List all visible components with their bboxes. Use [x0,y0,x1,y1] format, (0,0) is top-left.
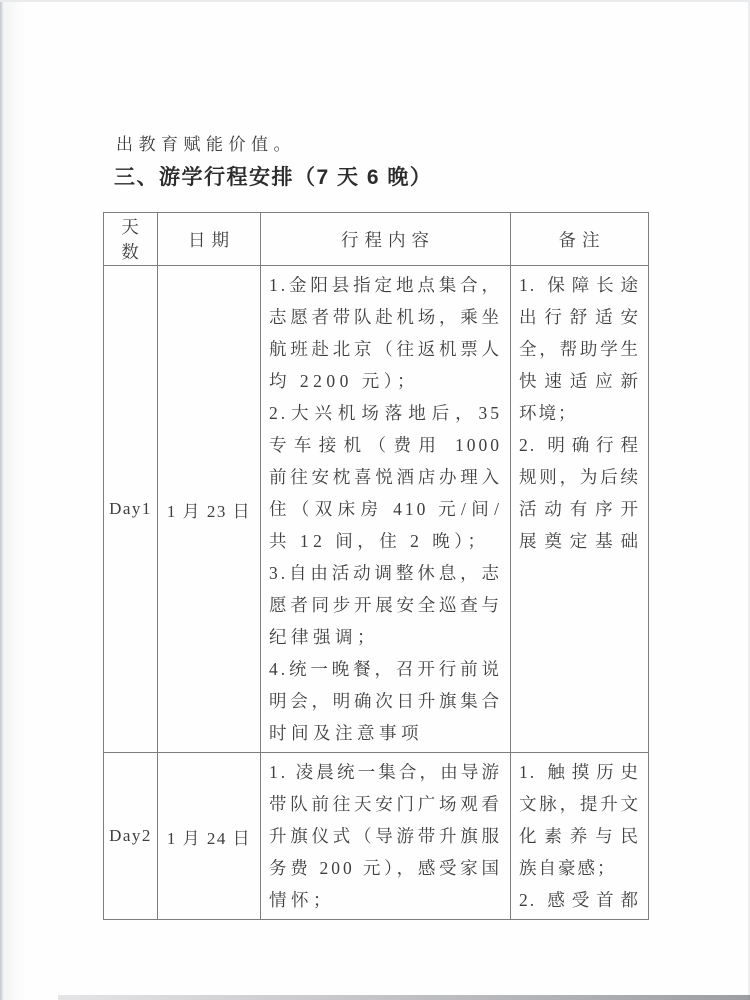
text-line: 2. 感受首都 [519,884,640,916]
text-line: 时间及注意事项 [269,717,502,749]
document-page: 出教育赋能价值。 三、游学行程安排（7 天 6 晚） 天数 日期 行程内容 备注… [0,0,750,1000]
text-line: 共 12 间，住 2 晚）； [269,525,502,557]
text-line: 活动有序开 [519,493,640,525]
text-line: 规则，为后续 [519,461,640,493]
text-line: 前往安枕喜悦酒店办理入 [269,461,502,493]
text-line: 明会，明确次日升旗集合 [269,685,502,717]
section-heading: 三、游学行程安排（7 天 6 晚） [114,161,432,191]
text-line: 3.自由活动调整休息，志 [269,557,502,589]
day1-label: Day1 [104,266,158,753]
text-line: 专车接机（费用 1000 元）， [269,429,502,461]
text-line: 愿者同步开展安全巡查与 [269,589,502,621]
text-line: 展奠定基础 [519,525,640,557]
text-line: 4.统一晚餐，召开行前说 [269,653,502,685]
day2-label: Day2 [104,753,158,920]
text-line: 情怀； [269,884,502,916]
scan-left-shadow [3,0,25,1000]
col-header-notes: 备注 [511,213,649,266]
text-line: 快速适应新 [519,365,640,397]
text-line: 2.大兴机场落地后，35 座 [269,397,502,429]
text-line: 文脉，提升文 [519,788,640,820]
paragraph-tail-text: 出教育赋能价值。 [116,130,296,155]
col-header-days: 天数 [104,213,158,266]
itinerary-table: 天数 日期 行程内容 备注 Day1 1 月 23 日 1.金阳县指定地点集合，… [103,212,649,920]
text-line: 化素养与民 [519,820,640,852]
text-line: 志愿者带队赴机场，乘坐 [269,301,502,333]
text-line: 1. 凌晨统一集合，由导游 [269,756,502,788]
scan-bottom-shadow [58,995,750,1000]
text-line: 务费 200 元），感受家国 [269,852,502,884]
text-line: 1.金阳县指定地点集合， [269,269,502,301]
day1-notes: 1. 保障长途出行舒适安全，帮助学生快速适应新环境；2. 明确行程规则，为后续活… [511,266,649,753]
day2-date: 1 月 24 日 [158,753,261,920]
table-row-day1: Day1 1 月 23 日 1.金阳县指定地点集合，志愿者带队赴机场，乘坐航班赴… [104,266,649,753]
text-line: 升旗仪式（导游带升旗服 [269,820,502,852]
text-line: 2. 明确行程 [519,429,640,461]
text-line: 1. 保障长途 [519,269,640,301]
text-line: 1. 触摸历史 [519,756,640,788]
day2-notes: 1. 触摸历史文脉，提升文化素养与民族自豪感；2. 感受首都 [511,753,649,920]
table-row-day2: Day2 1 月 24 日 1. 凌晨统一集合，由导游带队前往天安门广场观看升旗… [104,753,649,920]
text-line: 出行舒适安 [519,301,640,333]
scan-top-edge [0,0,750,2]
text-line: 全，帮助学生 [519,333,640,365]
table-header-row: 天数 日期 行程内容 备注 [104,213,649,266]
text-line: 环境； [519,397,640,429]
day2-itinerary-content: 1. 凌晨统一集合，由导游带队前往天安门广场观看升旗仪式（导游带升旗服务费 20… [261,753,511,920]
text-line: 带队前往天安门广场观看 [269,788,502,820]
day1-date: 1 月 23 日 [158,266,261,753]
col-header-date: 日期 [158,213,261,266]
text-line: 均 2200 元）； [269,365,502,397]
text-line: 族自豪感； [519,852,640,884]
col-header-itinerary: 行程内容 [261,213,511,266]
text-line: 住（双床房 410 元/间/晚， [269,493,502,525]
text-line: 航班赴北京（往返机票人 [269,333,502,365]
text-line: 纪律强调； [269,621,502,653]
day1-itinerary-content: 1.金阳县指定地点集合，志愿者带队赴机场，乘坐航班赴北京（往返机票人均 2200… [261,266,511,753]
